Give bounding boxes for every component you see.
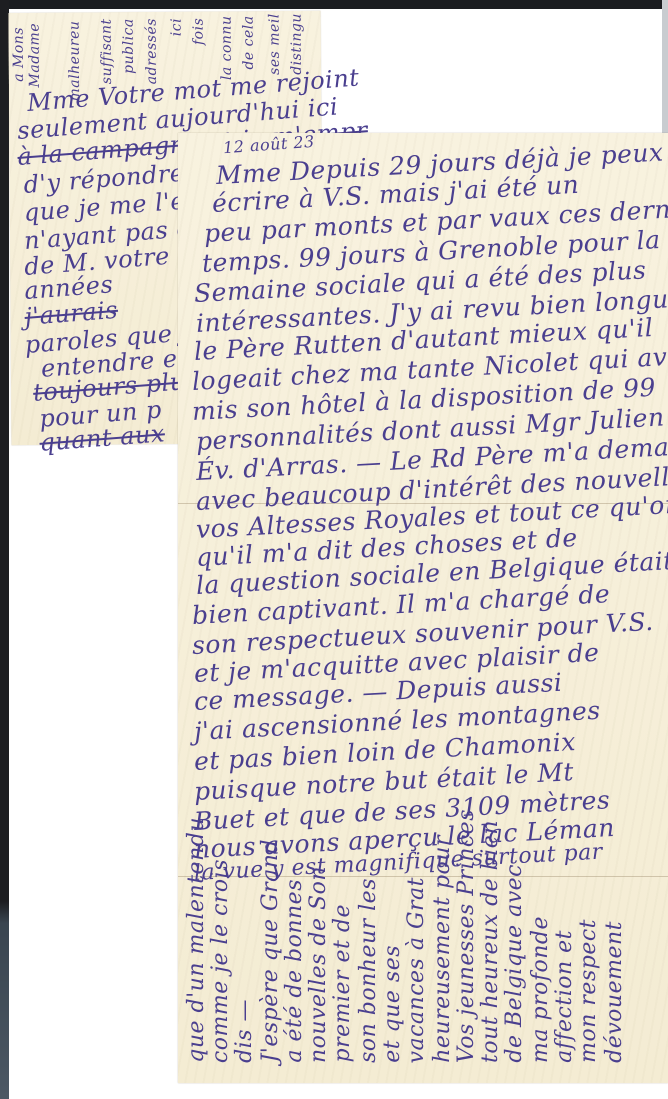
vertical-line: Vos jeunesses Princes <box>454 809 479 1063</box>
vertical-line: premier et de <box>330 904 355 1063</box>
margin-note: ses meil <box>267 13 283 75</box>
vertical-line: mon respect <box>576 919 601 1063</box>
vertical-line: son bonheur les <box>356 878 381 1063</box>
vertical-line: dis — <box>232 999 257 1063</box>
margin-note: adressés <box>144 18 160 84</box>
margin-note: a Mons <box>11 27 27 82</box>
vertical-line: de Belgique avec <box>502 864 527 1063</box>
vertical-line: comme je le crois <box>208 859 233 1063</box>
vertical-line: J'espère que Grand <box>258 839 283 1063</box>
vertical-line: ma profonde <box>528 916 553 1063</box>
vertical-line: que d'un malentendu <box>184 817 209 1063</box>
margin-note: suffisant <box>99 18 115 84</box>
vertical-line: dévouement <box>602 921 627 1063</box>
vertical-line: heureusement pour <box>430 835 455 1063</box>
margin-note: publica <box>121 18 137 74</box>
margin-note: de cela <box>241 15 257 69</box>
scan-border-left <box>0 0 9 1099</box>
margin-note: Madame <box>27 23 43 88</box>
margin-note: ici <box>169 18 185 36</box>
margin-note: fois <box>191 18 207 45</box>
margin-note: distingu <box>289 13 305 75</box>
scan-border-right <box>662 0 668 140</box>
letter-sheet-large: 12 août 23 Mme Depuis 29 jours déjà je p… <box>178 133 668 1083</box>
letter-date: 12 août 23 <box>222 132 315 157</box>
vertical-line: affection et <box>552 930 577 1063</box>
scan-border-top <box>0 0 668 9</box>
vertical-line: vacances à Grat <box>404 877 429 1063</box>
vertical-line: a été de bonnes <box>282 879 307 1063</box>
margin-note: la connu <box>219 16 235 81</box>
vertical-line: et que ses <box>380 945 405 1063</box>
vertical-line: tout heureux de bien <box>478 820 503 1063</box>
vertical-line: nouvelles de Son <box>306 866 331 1063</box>
